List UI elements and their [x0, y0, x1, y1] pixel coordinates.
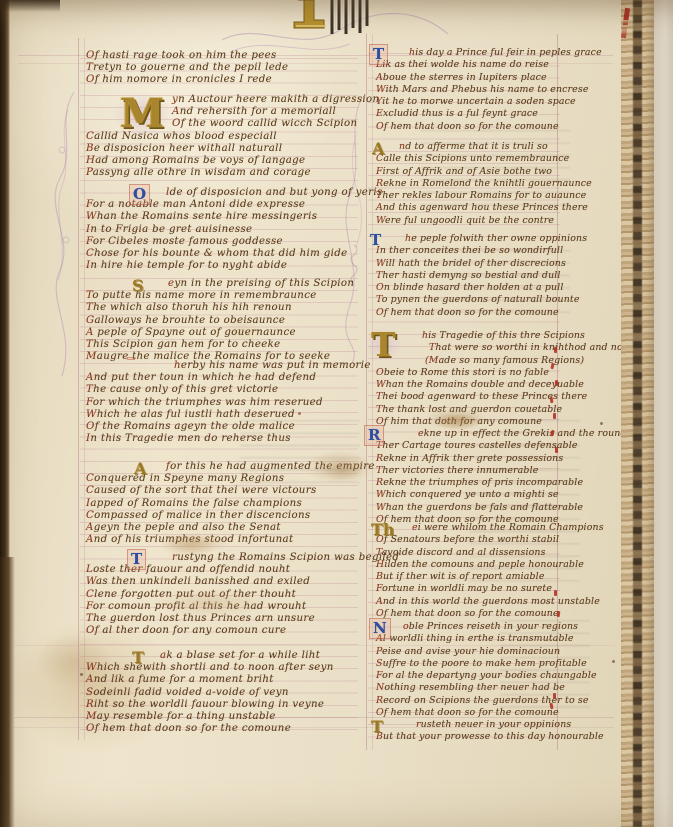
verse-line: Of hem that doon so for the comoune: [376, 307, 608, 319]
verse-line: Fortune in worldli may be no surete: [376, 583, 608, 595]
manuscript-photo: Of hasti rage took on him the peesTretyn…: [0, 0, 673, 827]
verse-line: For comoun profit al this he had wrouht: [86, 601, 366, 613]
verse-line: Be disposicion heer withall naturall: [86, 143, 366, 155]
verse-line: Ther rekles labour Romains for to auaunc…: [376, 190, 608, 202]
verse-line: rusteth neuer in your oppinions: [376, 719, 608, 731]
verse-line: Excludid thus is a ful feynt grace: [376, 108, 608, 120]
red-margin-tick: [555, 447, 558, 453]
verse-line: Suffre to the poore to make hem profitab…: [376, 658, 608, 670]
verse-line: Of hem that doon so for the comoune: [86, 723, 366, 735]
stanza: herby his name was put in memorieAnd put…: [86, 360, 366, 445]
stanza: T he peple folwith ther owne oppinionsIn…: [376, 233, 608, 319]
purple-penwork-flourish: [50, 90, 80, 380]
verse-line: Ther hasti demyng so bestial and dull: [376, 270, 608, 282]
page-top-edge: [0, 0, 60, 12]
illuminated-initial: A: [372, 139, 384, 158]
verse-line: Al worldli thing in erthe is transmutabl…: [376, 633, 608, 645]
verse-line: Tavoide discord and al dissensions: [376, 547, 608, 559]
verse-line: Chose for his bounte & whom that did him…: [86, 248, 366, 260]
verse-line: But that your prowesse to this day honou…: [376, 731, 608, 743]
stanza: N oble Princes reiseth in your regionsAl…: [376, 621, 608, 719]
verse-line: Was then unkindeli banisshed and exiled: [86, 576, 366, 588]
verse-line: Of hem that doon so for the comoune: [376, 121, 608, 133]
verse-line: eyn in the preising of this Scipion: [86, 278, 366, 290]
stanza-lines: his day a Prince ful feir in peples grac…: [376, 47, 608, 133]
verse-line: he peple folwith ther owne oppinions: [376, 233, 608, 245]
verse-line: With Mars and Phebus his name to encrese: [376, 84, 608, 96]
stanza: Th ei were whilom the Romain ChampionsOf…: [376, 522, 608, 620]
verse-line: And lik a fume for a moment briht: [86, 674, 366, 686]
verse-line: The guerdon lost thus Princes arn unsure: [86, 613, 366, 625]
verse-line: Clene forgotten put out of ther thouht: [86, 589, 366, 601]
red-margin-tick: [554, 347, 557, 353]
verse-line: Calle this Scipions unto remembraunce: [376, 153, 608, 165]
verse-line: his Tragedie of this thre Scipions: [376, 330, 608, 342]
verse-line: Whan the Romains sente hire messingeris: [86, 211, 366, 223]
next-page-edge: [653, 0, 673, 827]
verse-line: Of the Romains ageyn the olde malice: [86, 421, 366, 433]
verse-line: Iapped of Romains the false champions: [86, 498, 366, 510]
verse-line: Of hem that doon so for the comoune: [376, 608, 608, 620]
verse-line: Rekne in Affrik ther grete possessions: [376, 453, 608, 465]
verse-line: ekne up in effect the Grekis and the rou…: [376, 428, 608, 440]
verse-line: The thank lost and guerdon couetable: [376, 404, 608, 416]
stanza: T his Tragedie of this thre ScipionsThat…: [376, 330, 608, 428]
verse-line: Of hem that doon so for the comoune: [376, 707, 608, 719]
stanza-lines: rusteth neuer in your oppinionsBut that …: [376, 719, 608, 744]
verse-line: Nothing resembling ther neuer had be: [376, 682, 608, 694]
stanza: A for this he had augmented the empireCo…: [86, 461, 366, 546]
speck: [612, 660, 615, 663]
verse-line: And put ther toun in which he had defend: [86, 372, 366, 384]
verse-line: In to Frigia be gret auisinesse: [86, 224, 366, 236]
illuminated-initial: S: [132, 276, 144, 295]
verse-line: Which shewith shortli and to noon after …: [86, 662, 366, 674]
verse-line: Record on Scipions the guerdons ther to …: [376, 695, 608, 707]
fore-edge-crevice: [633, 0, 642, 827]
stanza-lines: Of hasti rage took on him the peesTretyn…: [86, 50, 366, 87]
verse-line: For Cibeles moste famous goddesse: [86, 236, 366, 248]
verse-line: But if ther wit is of report amiable: [376, 571, 608, 583]
stanza-lines: nd to afferme that it is truli soCalle t…: [376, 141, 608, 227]
stanza-lines: his Tragedie of this thre ScipionsThat w…: [376, 330, 608, 428]
stanza: T rusteth neuer in your oppinionsBut tha…: [376, 719, 608, 744]
illuminated-initial: T: [128, 550, 145, 569]
illuminated-initial: M: [112, 92, 172, 136]
verse-line: Conquered in Speyne many Regions: [86, 473, 366, 485]
stanza: T his day a Prince ful feir in peples gr…: [376, 47, 608, 133]
verse-line: ei were whilom the Romain Champions: [376, 522, 608, 534]
verse-line: In this Tragedie men do reherse thus: [86, 433, 366, 445]
verse-line: To pynen the guerdons of naturall bounte: [376, 294, 608, 306]
illuminated-initial: Th: [371, 520, 395, 539]
verse-line: herby his name was put in memorie: [86, 360, 366, 372]
verse-line: May resemble for a thing unstable: [86, 711, 366, 723]
verse-line: A peple of Spayne out of gouernaunce: [86, 327, 366, 339]
verse-line: And of his triumphes stood infortunat: [86, 534, 366, 546]
illuminated-initial: T: [370, 45, 387, 64]
illuminated-initial: N: [370, 619, 390, 638]
speck: [600, 422, 603, 425]
red-margin-tick: [555, 380, 558, 386]
red-margin-tick: [553, 413, 556, 419]
verse-line: Riht so the worldli fauour blowing in ve…: [86, 699, 366, 711]
illuminated-initial: T: [364, 326, 403, 363]
stanza: M yn Auctour heere makith a digressionAn…: [86, 94, 366, 179]
verse-line: his day a Prince ful feir in peples grac…: [376, 47, 608, 59]
stanza-lines: ei were whilom the Romain ChampionsOf Se…: [376, 522, 608, 620]
stanza: T ak a blase set for a while lihtWhich s…: [86, 650, 366, 735]
verse-line: First of Affrik and of Asie bothe two: [376, 166, 608, 178]
verse-line: Peise and avise your hie dominacioun: [376, 646, 608, 658]
stanza: Of hasti rage took on him the peesTretyn…: [86, 50, 366, 87]
illuminated-initial: T: [370, 231, 381, 249]
verse-line: Hilden the comouns and peple honourable: [376, 559, 608, 571]
speck: [80, 673, 83, 676]
stanza-lines: lde of disposicion and but yong of yeris…: [86, 187, 366, 272]
stanza-lines: ak a blase set for a while lihtWhich she…: [86, 650, 366, 735]
verse-line: The cause only of this gret victorie: [86, 384, 366, 396]
verse-line: In ther conceites thei be so wondirfull: [376, 245, 608, 257]
verse-line: Thei bood agenward to these Princes ther…: [376, 391, 608, 403]
verse-line: lde of disposicion and but yong of yeris: [86, 187, 366, 199]
verse-line: Of him that doth for any comoune: [376, 416, 608, 428]
verse-line: Tretyn to gouerne and the pepil lede: [86, 62, 366, 74]
stanza: T rustyng the Romains Scipion was begile…: [86, 552, 366, 637]
speck: [298, 412, 301, 415]
verse-line: oble Princes reiseth in your regions: [376, 621, 608, 633]
verse-line: Passyng alle othre in wisdam and corage: [86, 167, 366, 179]
illuminated-initial: A: [134, 459, 146, 478]
verse-line: And this agenward hou these Princes ther…: [376, 202, 608, 214]
verse-line: Compassed of malice in ther discencions: [86, 510, 366, 522]
stanza: O lde of disposicion and but yong of yer…: [86, 187, 366, 272]
verse-line: For a notable man Antoni dide expresse: [86, 199, 366, 211]
illuminated-initial: R: [365, 426, 383, 445]
verse-line: For which the triumphes was him reserued: [86, 397, 366, 409]
verse-line: Ther victories there innumerable: [376, 465, 608, 477]
illuminated-initial: O: [130, 185, 149, 204]
verse-line: Caused of the sort that thei were victou…: [86, 485, 366, 497]
verse-line: Sodeinli fadid voided a-voide of veyn: [86, 687, 366, 699]
stanza-lines: herby his name was put in memorieAnd put…: [86, 360, 366, 445]
verse-line: Whan the Romains double and deceyuable: [376, 379, 608, 391]
verse-line: Aboue the sterres in Iupiters place: [376, 72, 608, 84]
verse-line: Ageyn the peple and also the Senat: [86, 522, 366, 534]
illuminated-initial: T: [371, 717, 383, 736]
verse-line: Of al ther doon for any comoun cure: [86, 625, 366, 637]
verse-line: for this he had augmented the empire: [86, 461, 366, 473]
verse-line: (Made so many famous Regions): [376, 355, 608, 367]
page-left-edge: [0, 557, 15, 827]
verse-line: Ther Cartage toures castelles defensable: [376, 440, 608, 452]
verse-line: Rekne the triumphes of pris incomparable: [376, 477, 608, 489]
verse-line: Rekne in Romelond the knihtli gouernaunc…: [376, 178, 608, 190]
stanza: S eyn in the preising of this ScipionTo …: [86, 278, 366, 363]
red-margin-tick: [553, 693, 556, 699]
stanza-lines: eyn in the preising of this ScipionTo pu…: [86, 278, 366, 363]
verse-line: Whan the guerdons be fals and flatterabl…: [376, 502, 608, 514]
verse-line: And in this world the guerdons most unst…: [376, 596, 608, 608]
stanza: R ekne up in effect the Grekis and the r…: [376, 428, 608, 526]
stanza: A nd to afferme that it is truli soCalle…: [376, 141, 608, 227]
ruling-vertical: [84, 38, 85, 740]
verse-line: nd to afferme that it is truli so: [376, 141, 608, 153]
verse-line: To putte his name more in remembraunce: [86, 290, 366, 302]
verse-line: Lik as thei wolde his name do reise: [376, 59, 608, 71]
verse-line: Obeie to Rome this stori is no fable: [376, 367, 608, 379]
verse-line: Galloways he brouhte to obeisaunce: [86, 315, 366, 327]
stanza-lines: oble Princes reiseth in your regionsAl w…: [376, 621, 608, 719]
verse-line: Will hath the bridel of ther discrecions: [376, 258, 608, 270]
stanza-lines: for this he had augmented the empireConq…: [86, 461, 366, 546]
verse-line: The which also thoruh his hih renoun: [86, 302, 366, 314]
verse-line: Of Senatours before the worthi stabil: [376, 534, 608, 546]
verse-line: Had among Romains be voys of langage: [86, 155, 366, 167]
verse-line: For al the departyng your bodies chaunga…: [376, 670, 608, 682]
verse-line: ak a blase set for a while liht: [86, 650, 366, 662]
stanza-lines: he peple folwith ther owne oppinionsIn t…: [376, 233, 608, 319]
stanza-lines: ekne up in effect the Grekis and the rou…: [376, 428, 608, 526]
verse-line: Were ful ungoodli quit be the contre: [376, 215, 608, 227]
illuminated-initial: [128, 358, 134, 359]
verse-line: Which he alas ful iustli hath deserued: [86, 409, 366, 421]
illuminated-initial: T: [132, 648, 144, 667]
red-margin-tick: [554, 590, 557, 596]
verse-line: Which conquered ye unto a mighti se: [376, 489, 608, 501]
verse-line: Of hasti rage took on him the pees: [86, 50, 366, 62]
verse-line: That were so worthi in knihthod and nota…: [376, 342, 608, 354]
verse-line: In hire hie temple for to nyght abide: [86, 260, 366, 272]
verse-line: Of him nomore in cronicles I rede: [86, 74, 366, 86]
verse-line: On blinde hasard ther holden at a pull: [376, 282, 608, 294]
verse-line: Yit he to morwe uncertain a soden space: [376, 96, 608, 108]
verse-line: This Scipion gan hem for to cheeke: [86, 339, 366, 351]
